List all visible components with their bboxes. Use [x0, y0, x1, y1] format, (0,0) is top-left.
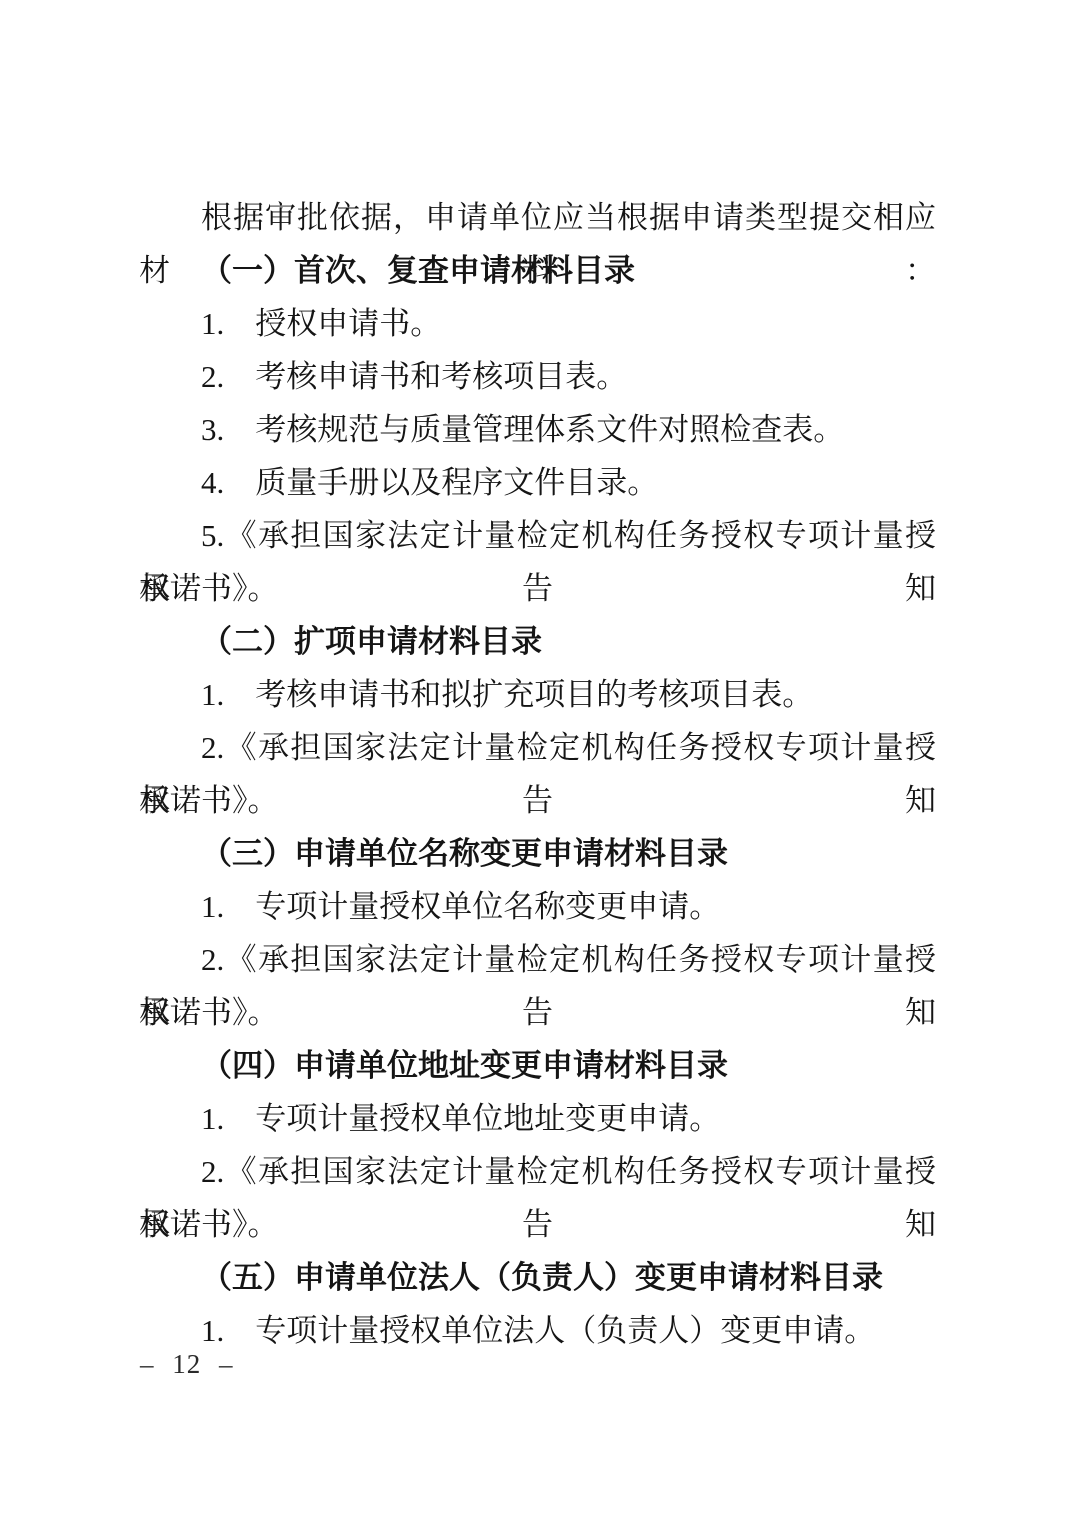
section-1-item-5: 5.《承担国家法定计量检定机构任务授权专项计量授权告知 — [139, 509, 936, 562]
section-1-item-2: 2. 考核申请书和考核项目表。 — [139, 350, 936, 403]
section-4-item-2: 2.《承担国家法定计量检定机构任务授权专项计量授权告知 — [139, 1145, 936, 1198]
document-page: 根据审批依据，申请单位应当根据申请类型提交相应材料： （一）首次、复查申请材料目… — [0, 0, 1074, 1520]
section-2-heading: （二）扩项申请材料目录 — [139, 615, 936, 668]
section-3-item-2: 2.《承担国家法定计量检定机构任务授权专项计量授权告知 — [139, 933, 936, 986]
section-4-heading: （四）申请单位地址变更申请材料目录 — [139, 1039, 936, 1092]
section-3-heading: （三）申请单位名称变更申请材料目录 — [139, 827, 936, 880]
section-1-item-4: 4. 质量手册以及程序文件目录。 — [139, 456, 936, 509]
section-3-item-1: 1. 专项计量授权单位名称变更申请。 — [139, 880, 936, 933]
section-5-heading: （五）申请单位法人（负责人）变更申请材料目录 — [139, 1251, 936, 1304]
section-2-item-2: 2.《承担国家法定计量检定机构任务授权专项计量授权告知 — [139, 721, 936, 774]
section-4-item-1: 1. 专项计量授权单位地址变更申请。 — [139, 1092, 936, 1145]
page-number: – 12 – — [140, 1349, 234, 1379]
section-1-item-1: 1. 授权申请书。 — [139, 297, 936, 350]
intro-paragraph: 根据审批依据，申请单位应当根据申请类型提交相应材料： — [139, 191, 936, 244]
section-2-item-1: 1. 考核申请书和拟扩充项目的考核项目表。 — [139, 668, 936, 721]
document-body: 根据审批依据，申请单位应当根据申请类型提交相应材料： （一）首次、复查申请材料目… — [139, 191, 936, 1357]
section-1-item-3: 3. 考核规范与质量管理体系文件对照检查表。 — [139, 403, 936, 456]
section-5-item-1: 1. 专项计量授权单位法人（负责人）变更申请。 — [139, 1304, 936, 1357]
